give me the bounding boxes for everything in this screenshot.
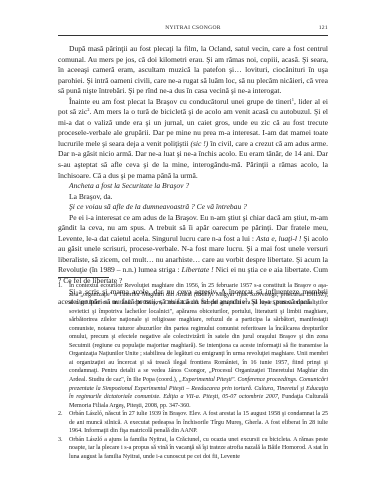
text-run: Înainte eu am fost plecat la Braşov cu c… [69,97,292,106]
interview-question: Şi ce voiau să afle de la dumneavoastră … [58,202,328,213]
sic-note: (sic !) [190,139,208,148]
footnote-number: 2. [58,410,63,419]
interview-answer: La Braşov, da. [58,192,328,203]
header-rule [58,35,328,36]
paragraph: Înainte eu am fost plecat la Braşov cu c… [58,97,328,181]
footnote-number: 1. [58,282,63,291]
interview-question: Ancheta a fost la Securitate la Braşov ? [58,181,328,192]
footnote-number: 3. [58,436,63,445]
page-number: 121 [319,25,328,31]
footnote-text: În contextul ecourilor Revoluţiei maghia… [69,283,328,383]
footnote-text: Orbán László, născut în 27 iulie 1939 în… [69,411,328,434]
italic-quote: Asta e, luaţi-l ! [256,234,301,243]
footnote-1: 1.În contextul ecourilor Revoluţiei magh… [58,282,328,410]
footnotes: 1.În contextul ecourilor Revoluţiei magh… [58,282,328,461]
body-text: După masă părinţii au fost plecaţi la fi… [58,44,328,308]
running-head: NYITRAI CSONGOR 121 [58,25,328,34]
footnote-text: Orbán László a ajuns la familia Nyitrai,… [69,437,328,460]
italic-quote: Libertate ! [182,265,214,274]
paragraph: După masă părinţii au fost plecaţi la fi… [58,44,328,97]
footnote-3: 3.Orbán László a ajuns la familia Nyitra… [58,436,328,462]
running-head-title: NYITRAI CSONGOR [58,25,328,31]
footnote-separator [58,277,109,278]
footnote-2: 2.Orbán László, născut în 27 iulie 1939 … [58,410,328,436]
paragraph: Pe ei i-a interesat ce am adus de la Bra… [58,213,328,287]
